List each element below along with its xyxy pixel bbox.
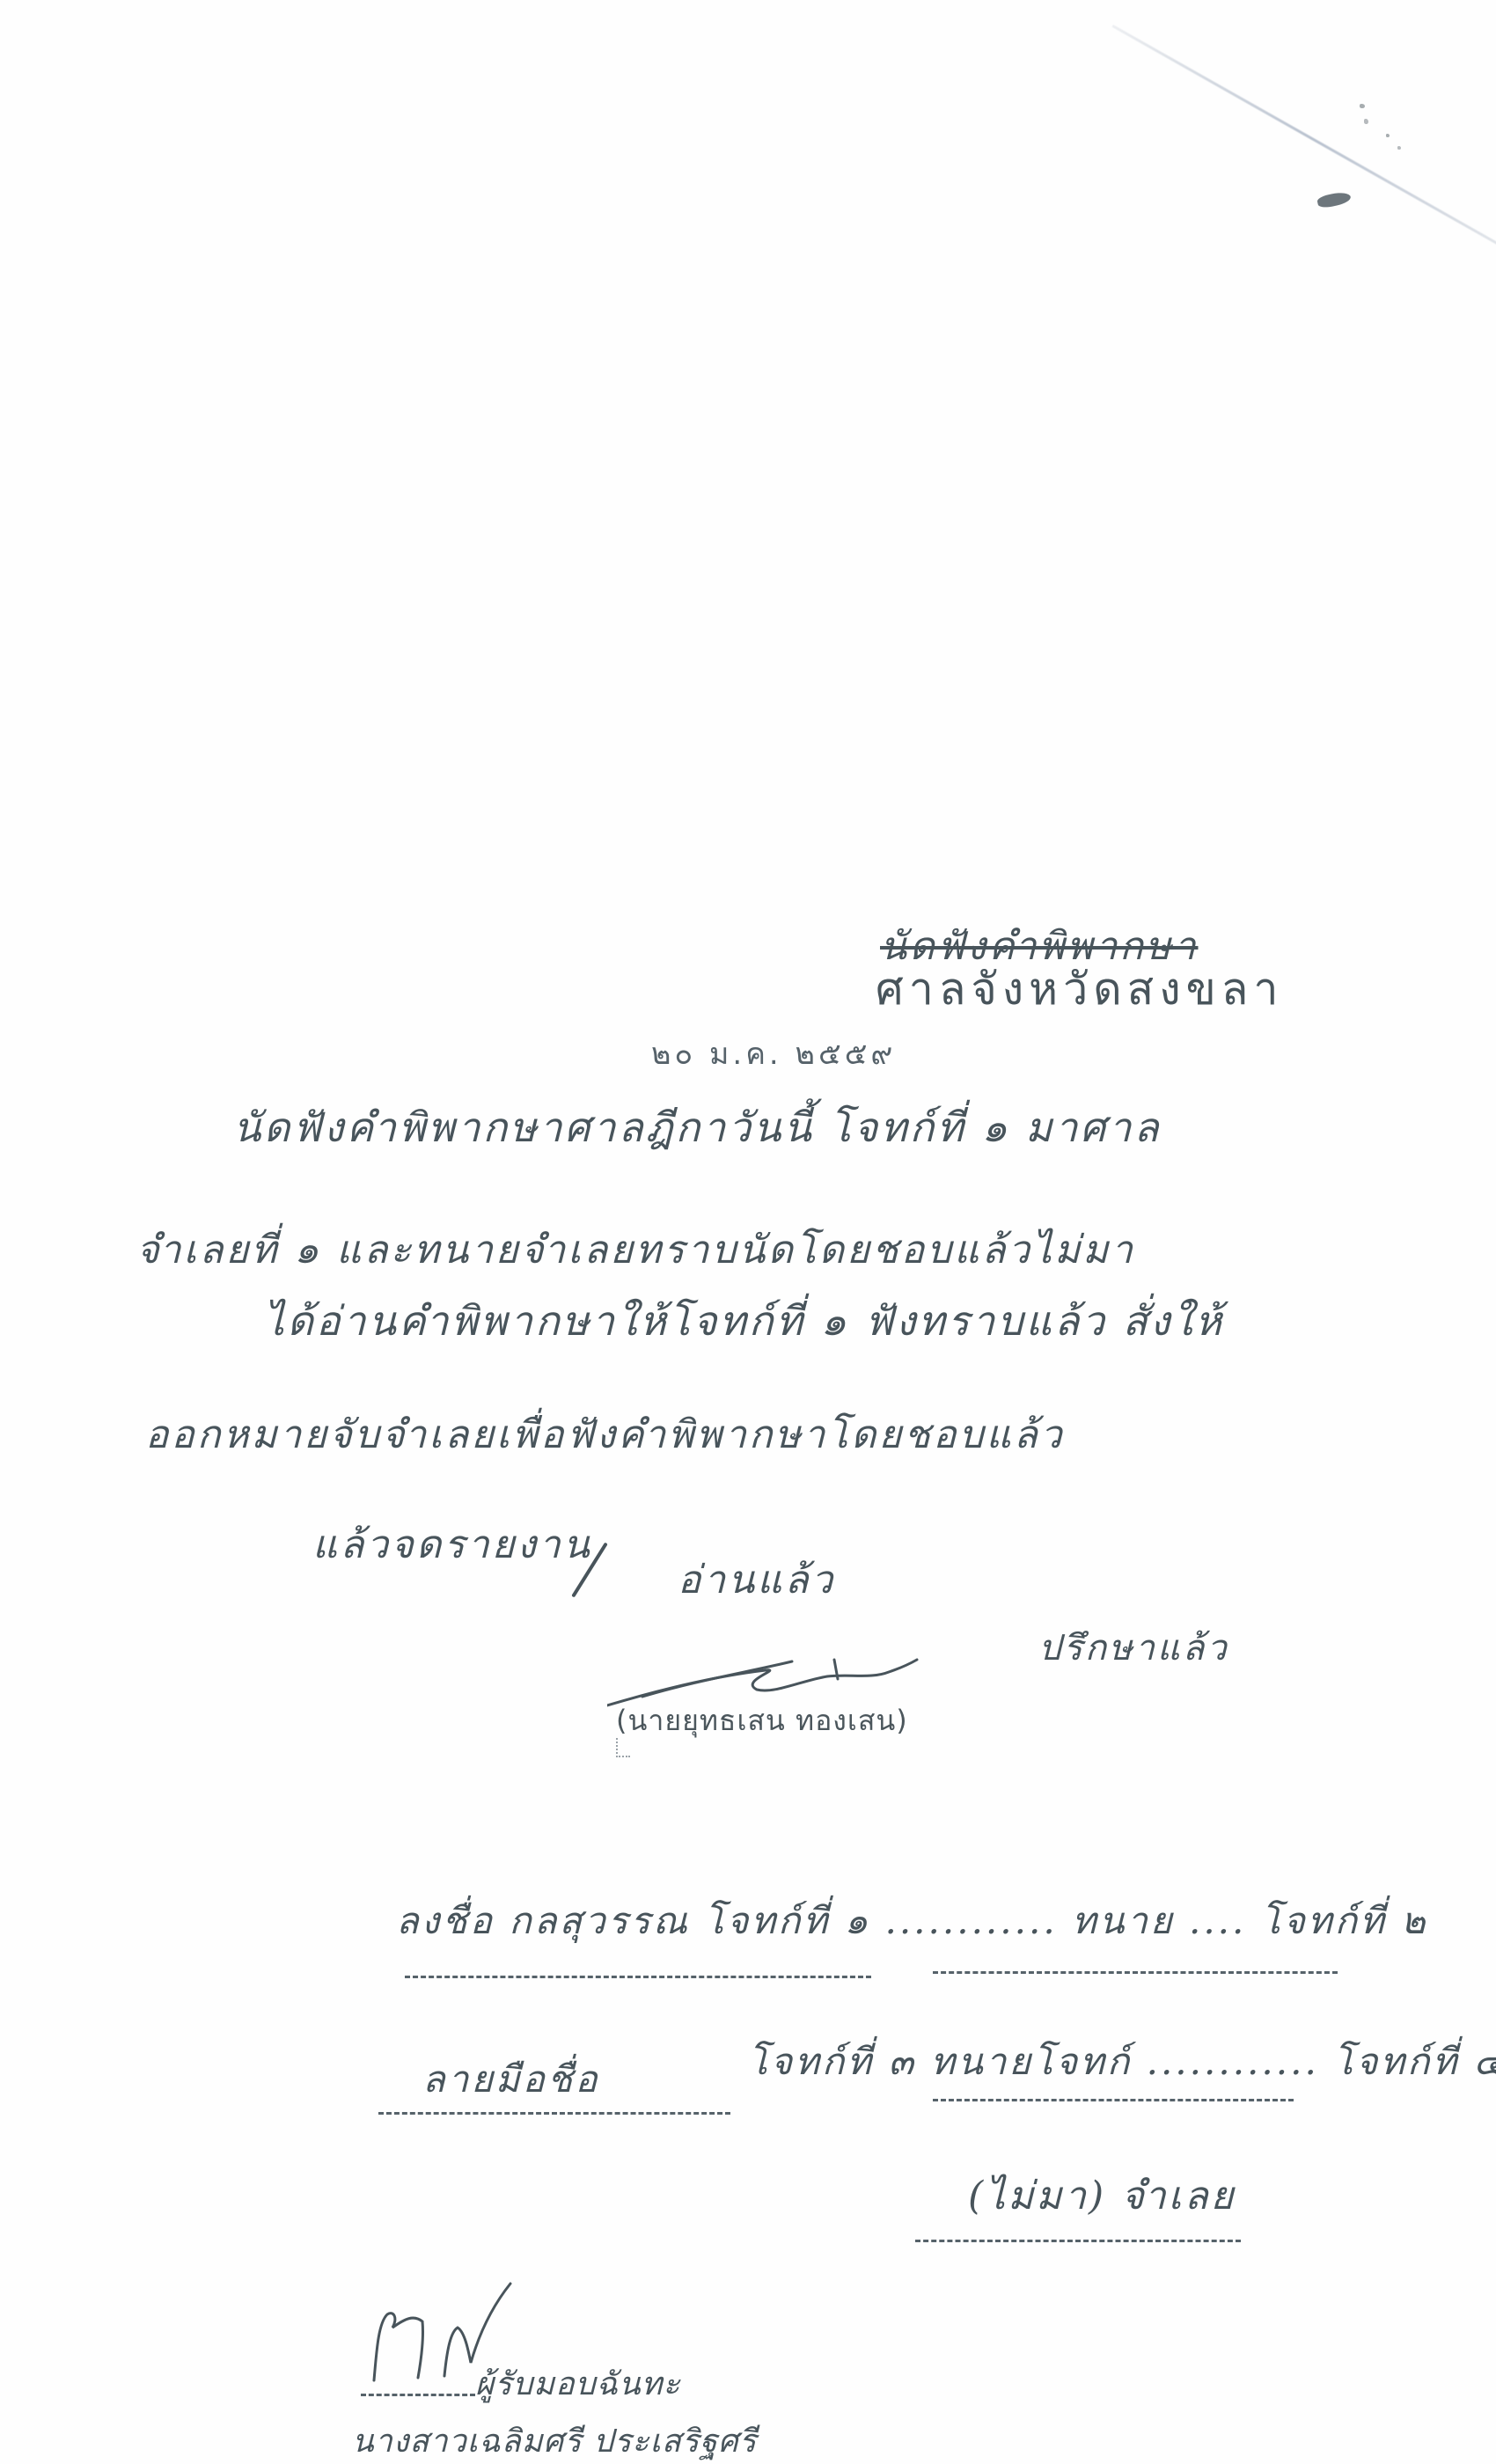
page-fold-crease xyxy=(1112,25,1496,253)
body-line-5: แล้วจดรายงาน xyxy=(312,1514,592,1575)
body-line-6: อ่านแล้ว xyxy=(678,1549,835,1610)
ink-blot xyxy=(1316,190,1352,209)
attendance-row-2-mark: ลายมือชื่อ xyxy=(422,2050,600,2108)
scanned-document-page: นัดฟังคำพิพากษา ศาลจังหวัดสงขลา ๒๐ ม.ค. … xyxy=(0,0,1496,2464)
scan-speck xyxy=(1397,146,1401,150)
attendance-row-1: ลงชื่อ กลสุวรรณ โจทก์ที่ ๑ ............ … xyxy=(396,1892,1428,1950)
court-name: ศาลจังหวัดสงขลา xyxy=(876,955,1284,1024)
dashed-line xyxy=(915,2240,1241,2242)
receiver-label: ผู้รับมอบฉันทะ xyxy=(475,2358,681,2409)
dashed-line xyxy=(933,2099,1294,2101)
date-stamp: ๒๐ ม.ค. ๒๕๕๙ xyxy=(651,1030,896,1077)
attendance-row-2: โจทก์ที่ ๓ ทนายโจทก์ ............ โจทก์ท… xyxy=(748,2033,1496,2091)
body-line-3: ได้อ่านคำพิพากษาให้โจทก์ที่ ๑ ฟังทราบแล้… xyxy=(264,1289,1224,1353)
scan-speck xyxy=(1386,134,1390,137)
body-line-4: ออกหมายจับจำเลยเพื่อฟังคำพิพากษาโดยชอบแล… xyxy=(145,1404,1065,1465)
body-line-7: ปรึกษาแล้ว xyxy=(1038,1619,1229,1676)
dashed-line xyxy=(361,2394,475,2396)
stamp-bracket xyxy=(616,1738,630,1757)
dashed-line xyxy=(933,1971,1338,1974)
judge-name-stamp: (นายยุทธเสน ทองเสน) xyxy=(616,1698,908,1743)
receiver-name: นางสาวเฉลิมศรี ประเสริฐศรี xyxy=(352,2416,757,2464)
scan-speck xyxy=(1364,119,1368,124)
dashed-line xyxy=(378,2112,730,2115)
scan-speck xyxy=(1360,104,1365,108)
body-line-2: จำเลยที่ ๑ และทนายจำเลยทราบนัดโดยชอบแล้ว… xyxy=(136,1219,1135,1280)
attendance-row-3: (ไม่มา) จำเลย xyxy=(968,2165,1236,2226)
body-line-1: นัดฟังคำพิพากษาศาลฎีกาวันนี้ โจทก์ที่ ๑ … xyxy=(233,1096,1162,1160)
dashed-line xyxy=(405,1976,871,1978)
